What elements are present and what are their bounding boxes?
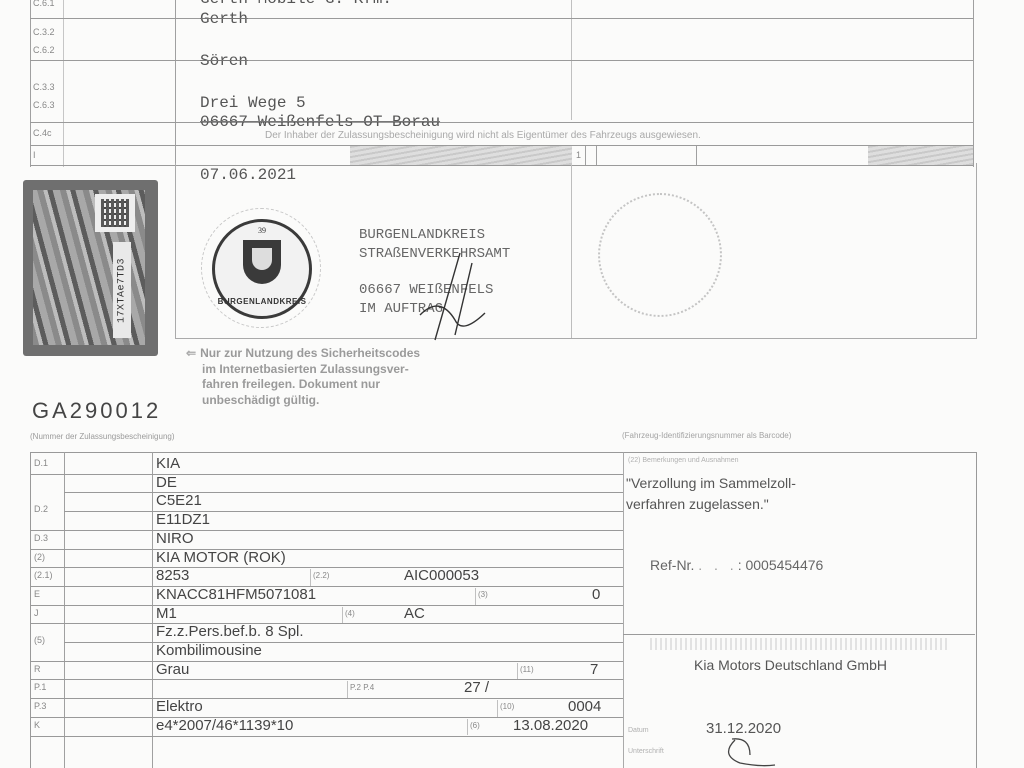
grid-line: [30, 623, 624, 624]
field-code: C.3.3: [33, 82, 55, 92]
field-code: P.1: [34, 682, 46, 692]
field-code: D.2: [34, 504, 48, 514]
holder-city: 06667 Weißenfels OT Borau: [200, 113, 440, 131]
grid-line: [475, 588, 476, 605]
seal-number: 39: [215, 226, 309, 235]
field-value: Kombilimousine: [156, 642, 262, 659]
field-code: D.1: [34, 458, 48, 468]
issue-date: 07.06.2021: [200, 166, 296, 184]
field-value: KIA MOTOR (ROK): [156, 549, 286, 566]
grid-line: [30, 60, 973, 61]
grid-line: [64, 511, 624, 512]
field-code: I: [33, 150, 36, 160]
document-number: GA290012: [32, 398, 161, 424]
coat-of-arms-icon: [243, 240, 281, 284]
grid-line: [467, 719, 468, 736]
field-code: (2.1): [34, 570, 53, 580]
grid-line: [30, 0, 31, 167]
field-code: P.3: [34, 701, 46, 711]
manufacturer-name: Kia Motors Deutschland GmbH: [694, 657, 887, 673]
field-value: KNACC81HFM5071081: [156, 586, 316, 603]
grid-line: [64, 452, 65, 768]
qr-code-icon: [95, 194, 135, 232]
note-line: unbeschädigt gültig.: [186, 393, 420, 409]
field-value: 0: [592, 586, 600, 603]
note-line: im Internetbasierten Zulassungsver-: [186, 362, 420, 378]
grid-line: [30, 661, 624, 662]
field-code: C.6.2: [33, 45, 55, 55]
grid-line: [175, 0, 176, 167]
security-note: ⇐Nur zur Nutzung des Sicherheitscodes im…: [186, 346, 420, 408]
customs-note-line: "Verzollung im Sammelzoll-: [626, 473, 796, 494]
field-code: C.6.3: [33, 100, 55, 110]
field-value: Elektro: [156, 698, 203, 715]
signature-label: Unterschrift: [628, 748, 664, 755]
field-code: (11): [520, 665, 534, 674]
field-value: e4*2007/46*1139*10: [156, 717, 293, 734]
fine-print: [650, 638, 950, 650]
grid-line: [517, 663, 518, 680]
field-value: NIRO: [156, 530, 194, 547]
owner-notice: Der Inhaber der Zulassungsbescheinigung …: [265, 130, 701, 141]
grid-line: [30, 549, 624, 550]
holder-first-name: Sören: [200, 52, 248, 70]
field-value: AC: [404, 605, 425, 622]
empty-seal-placeholder: [598, 193, 722, 317]
field-code: E: [34, 589, 40, 599]
field-code: C.3.2: [33, 27, 55, 37]
holder-name-line2: Gerth: [200, 10, 248, 28]
field-value: C5E21: [156, 492, 202, 509]
field-value: 8253: [156, 567, 189, 584]
field-value: Fz.z.Pers.bef.b. 8 Spl.: [156, 623, 304, 640]
grid-line: [30, 586, 624, 587]
ref-dots: . . .: [698, 557, 737, 573]
security-code: 17XTAe7TD3: [113, 242, 131, 338]
field-value: AIC000053: [404, 567, 479, 584]
document-number-caption: (Nummer der Zulassungsbescheinigung): [30, 432, 175, 441]
customs-note-line: verfahren zugelassen.": [626, 494, 796, 515]
note-line: fahren freilegen. Dokument nur: [186, 377, 420, 393]
remarks-header: (22) Bemerkungen und Ausnahmen: [628, 457, 739, 464]
official-seal: 39 BURGENLANDKREIS: [201, 208, 321, 328]
seal-text: BURGENLANDKREIS: [215, 297, 309, 306]
authority-signature: [400, 245, 510, 345]
grid-line: [973, 0, 974, 167]
customs-note: "Verzollung im Sammelzoll- verfahren zug…: [626, 473, 796, 515]
field-value: 0004: [568, 698, 601, 715]
field-code: C.4c: [33, 128, 52, 138]
grid-line: [30, 698, 624, 699]
date-label: Datum: [628, 727, 649, 734]
ref-value: : 0005454476: [738, 557, 824, 573]
field-code: (4): [345, 609, 355, 618]
grid-line: [347, 681, 348, 698]
grid-line: [152, 452, 153, 768]
reference-number: Ref-Nr. . . .: 0005454476: [650, 557, 823, 573]
arrow-left-icon: ⇐: [186, 346, 196, 360]
field-code: R: [34, 664, 41, 674]
grid-line: [310, 569, 311, 586]
field-value: 7: [590, 661, 598, 678]
field-value: Grau: [156, 661, 189, 678]
note-line: Nur zur Nutzung des Sicherheitscodes: [200, 346, 420, 360]
field-value: DE: [156, 474, 177, 491]
field-code: (2.2): [313, 571, 329, 580]
ref-label: Ref-Nr.: [650, 557, 694, 573]
holder-street: Drei Wege 5: [200, 94, 306, 112]
field-code: (2): [34, 552, 45, 562]
manufacturer-signature: [720, 735, 790, 768]
field-value: E11DZ1: [156, 511, 210, 528]
grid-line: [571, 165, 572, 338]
field-code: C.6.1: [33, 0, 55, 8]
field-code: (10): [500, 702, 514, 711]
grid-line: [497, 700, 498, 717]
field-code: (6): [470, 721, 480, 730]
field-value: M1: [156, 605, 177, 622]
field-value: 27 /: [464, 679, 489, 696]
security-sticker: 17XTAe7TD3: [23, 180, 158, 356]
grid-line: [63, 0, 64, 167]
grid-line: [64, 492, 624, 493]
grid-line: [64, 642, 624, 643]
field-code: (3): [478, 590, 488, 599]
field-code: D.3: [34, 533, 48, 543]
grid-line: [30, 18, 973, 19]
vin-barcode-caption: (Fahrzeug-Identifizierungsnummer als Bar…: [622, 431, 791, 440]
authority-line: BURGENLANDKREIS: [359, 226, 510, 245]
field-value: KIA: [156, 455, 180, 472]
grid-line: [30, 736, 624, 737]
field-code: 1: [576, 150, 581, 160]
grid-line: [623, 634, 975, 635]
field-code: (5): [34, 635, 45, 645]
grid-line: [30, 567, 624, 568]
holder-name-line1: Gerth Mobile G. Kfm.: [200, 0, 392, 8]
grid-line: [30, 530, 624, 531]
field-code: K: [34, 720, 40, 730]
field-code: J: [34, 608, 39, 618]
grid-line: [342, 607, 343, 624]
grid-line: [30, 679, 624, 680]
field-value: 13.08.2020: [513, 717, 588, 734]
grid-line: [30, 605, 624, 606]
field-code: P.2 P.4: [350, 683, 374, 692]
grid-line: [30, 122, 973, 123]
grid-line: [30, 474, 624, 475]
